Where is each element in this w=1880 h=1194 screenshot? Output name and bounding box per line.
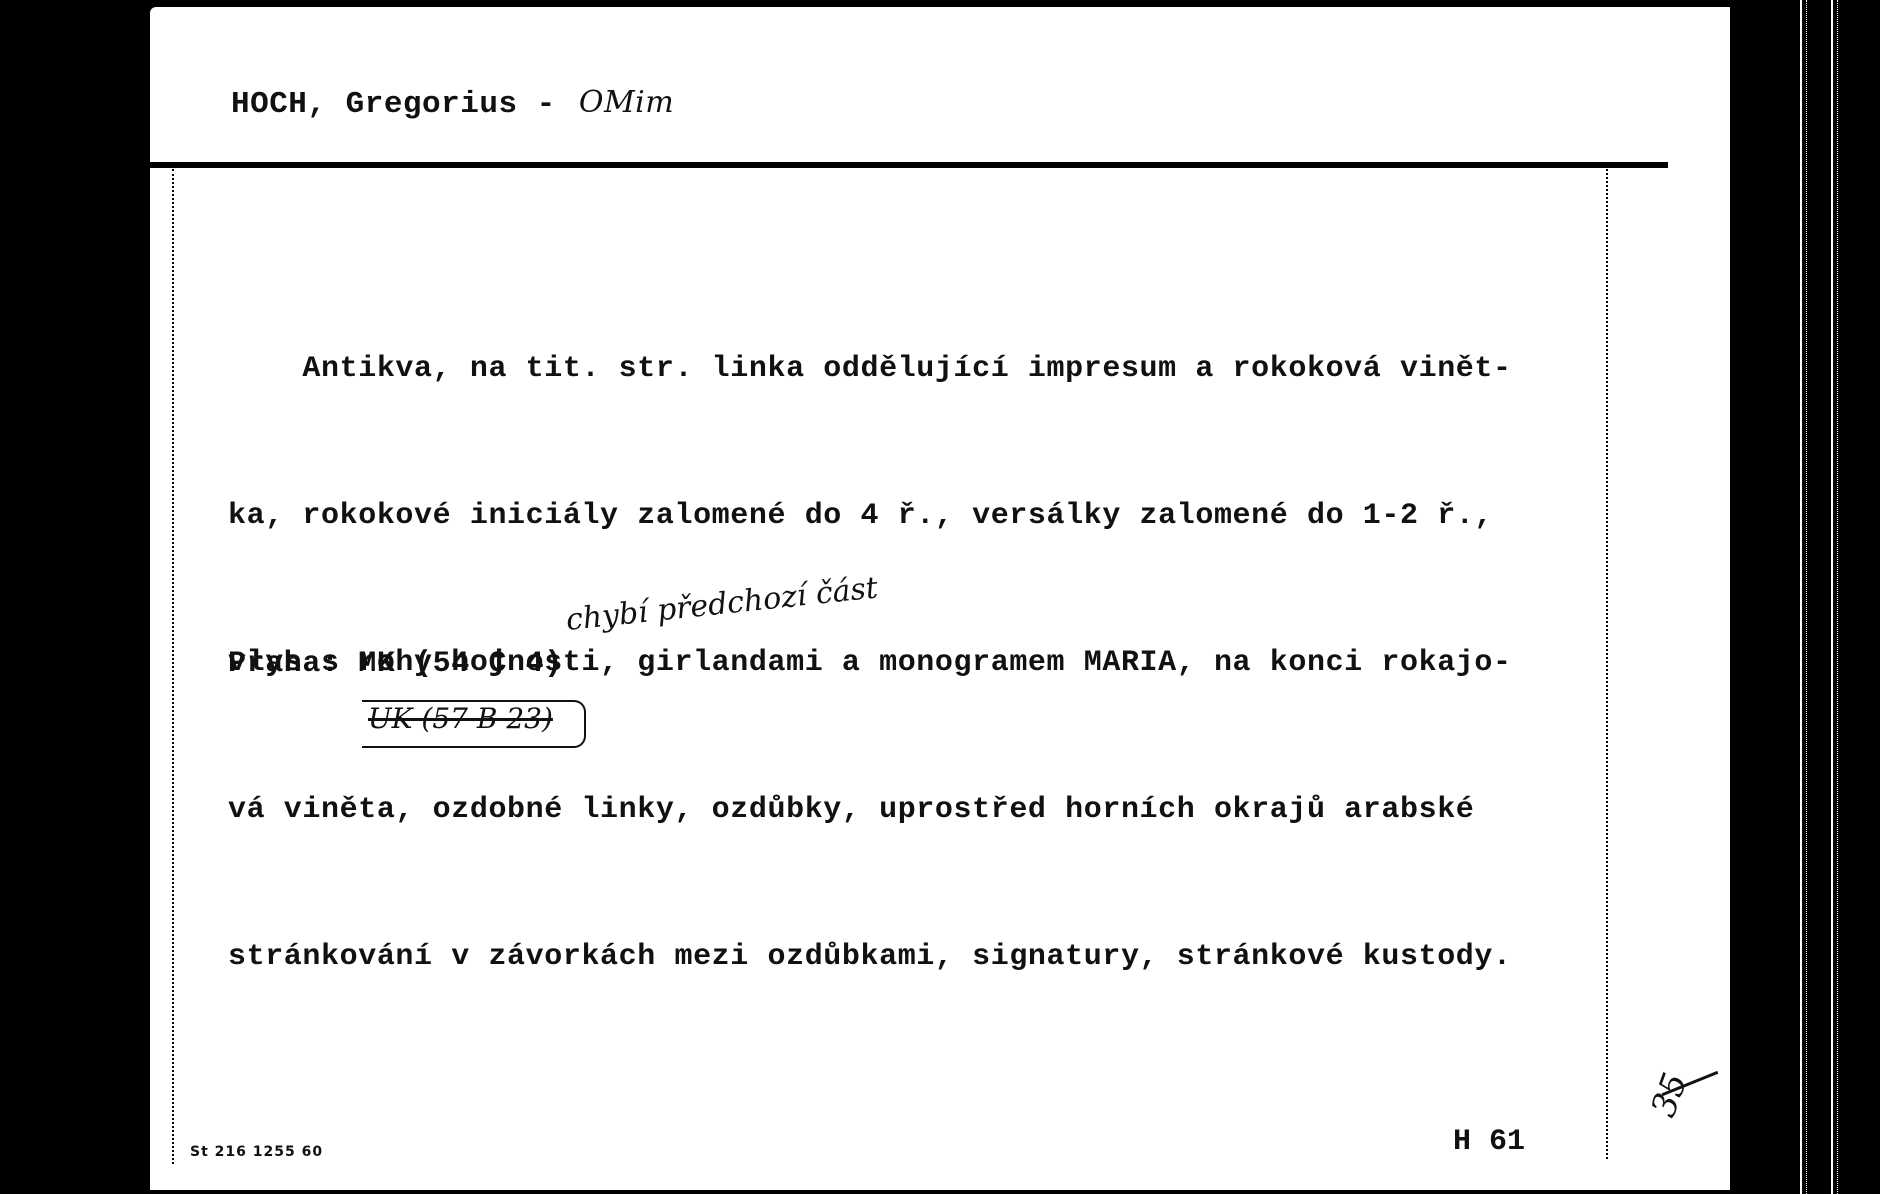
description-line: vá viněta, ozdobné linky, ozdůbky, upros… — [228, 786, 1648, 835]
print-code: St 216 1255 60 — [190, 1144, 323, 1160]
left-margin-line — [172, 169, 174, 1164]
holdings-location: Praha: MK (54 C 4) — [228, 647, 563, 681]
scan-edge-line — [1837, 0, 1838, 1194]
catalog-card: HOCH, Gregorius - OMim Antikva, na tit. … — [150, 7, 1730, 1190]
description-line: Antikva, na tit. str. linka oddělující i… — [228, 345, 1648, 394]
card-heading: HOCH, Gregorius - OMim — [231, 85, 674, 122]
heading-separator: - — [518, 87, 575, 122]
card-number: H 61 — [1453, 1125, 1525, 1159]
margin-handwriting: 35 — [1643, 1068, 1695, 1122]
heading-divider — [150, 162, 1668, 168]
description-line: stránkování v závorkách mezi ozdůbkami, … — [228, 933, 1648, 982]
author-name: HOCH, Gregorius — [231, 87, 518, 122]
scan-edge-line — [1806, 0, 1807, 1194]
handwritten-annotation: OMim — [579, 85, 674, 120]
description-line: ka, rokokové iniciály zalomené do 4 ř., … — [228, 492, 1648, 541]
scan-edge-line — [1831, 0, 1833, 1194]
scan-edge-line — [1800, 0, 1802, 1194]
struck-shelfmark: UK (57 B 23) — [368, 702, 553, 735]
